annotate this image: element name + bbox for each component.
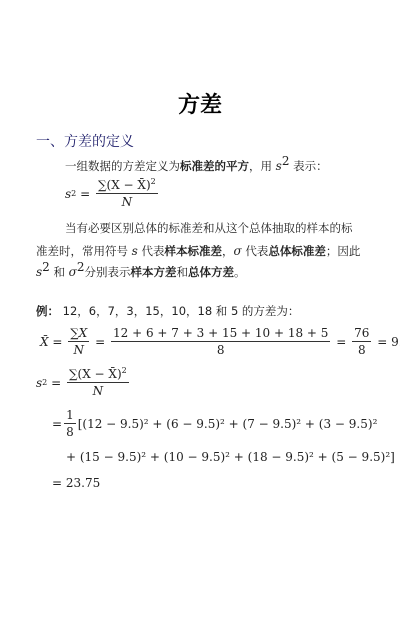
mean-formula: X̄ = ∑XN = 12 + 6 + 7 + 3 + 15 + 10 + 18…	[40, 326, 400, 357]
variance-formula: s2 = ∑(X − X̄)2 N	[65, 178, 160, 209]
page-title: 方差	[0, 88, 400, 119]
section-heading: 一、方差的定义	[36, 131, 134, 151]
variance-result: = 23.75	[52, 476, 100, 490]
example-label: 例：	[36, 304, 59, 318]
definition-text: 一组数据的方差定义为标准差的平方，用 s2 表示：	[65, 158, 328, 174]
example-statement: 例： 12，6，7，3，15，10，18 和 5 的方差为：	[36, 303, 299, 319]
bold-term: 标准差的平方	[180, 159, 249, 173]
sample-variance-formula: s2 = ∑(X − X̄)2 N	[36, 367, 131, 398]
note-line-2: 准差时，常用符号 s 代表样本标准差，σ 代表总体标准差；因此	[36, 243, 360, 259]
variance-step-1: =18[(12 − 9.5)² + (6 − 9.5)² + (7 − 9.5)…	[52, 408, 377, 439]
variance-step-2: + (15 − 9.5)² + (10 − 9.5)² + (18 − 9.5)…	[66, 450, 395, 464]
note-line-1: 当有必要区别总体的标准差和从这个总体抽取的样本的标	[65, 220, 353, 236]
note-line-3: s2 和 σ2分别表示样本方差和总体方差。	[36, 264, 245, 280]
